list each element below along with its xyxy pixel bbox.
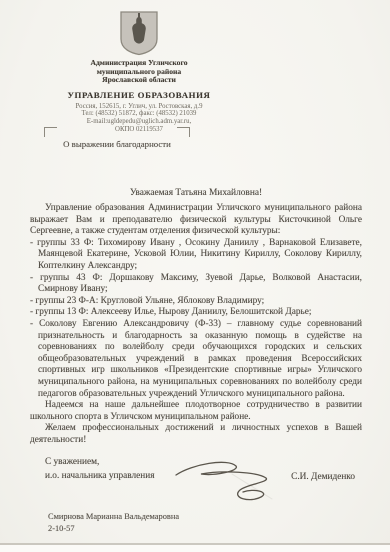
scanned-letter-page: Администрация Угличского муниципального … xyxy=(0,0,390,552)
letterhead: Администрация Угличского муниципального … xyxy=(30,10,248,133)
group-list-item: - группы 43 Ф: Доршакову Максиму, Зуевой… xyxy=(30,273,362,296)
scan-bottom-strip xyxy=(0,545,390,552)
org-name-line-3: Ярославской области xyxy=(30,76,248,85)
org-address: Россия, 152615, г. Углич, ул. Ростовская… xyxy=(30,103,248,111)
coat-of-arms-icon xyxy=(119,10,159,56)
wish-paragraph: Желаем профессиональных достижений и лич… xyxy=(30,423,362,446)
salutation: Уважаемая Татьяна Михайловна! xyxy=(30,188,362,198)
letter-body: Управление образования Администрации Угл… xyxy=(30,203,362,446)
group-list-item: - группы 13 Ф: Алексееву Илье, Нырову Да… xyxy=(30,307,362,319)
signer-name: С.И. Демиденко xyxy=(291,472,355,482)
group-list-item: - Соколову Евгению Александровичу (Ф-33)… xyxy=(30,319,362,400)
org-phone-fax: Тел: (48532) 51872, факс: (48532) 21039 xyxy=(30,110,248,118)
executor-phone: 2-10-57 xyxy=(48,523,179,535)
hope-paragraph: Надеемся на наше дальнейшее плодотворное… xyxy=(30,400,362,423)
signature-block: С уважением, и.о. начальника управления … xyxy=(45,455,355,515)
scan-edge-line xyxy=(0,543,390,545)
group-list-item: - группы 23 Ф-А: Кругловой Ульяне, Яблок… xyxy=(30,296,362,308)
department-title: УПРАВЛЕНИЕ ОБРАЗОВАНИЯ xyxy=(30,90,248,100)
executor-name: Смирнова Марианна Вальдемаровна xyxy=(48,511,179,523)
executor-block: Смирнова Марианна Вальдемаровна 2-10-57 xyxy=(48,511,179,535)
intro-paragraph: Управление образования Администрации Угл… xyxy=(30,203,362,238)
subject-box: О выражении благодарности xyxy=(44,127,190,161)
group-list-item: - группы 33 Ф: Тихомирову Ивану , Осокин… xyxy=(30,238,362,273)
subject-line: О выражении благодарности xyxy=(44,127,190,149)
org-email: E-mail:ugldepedu@uglich.adm.yar.ru, xyxy=(30,118,248,126)
